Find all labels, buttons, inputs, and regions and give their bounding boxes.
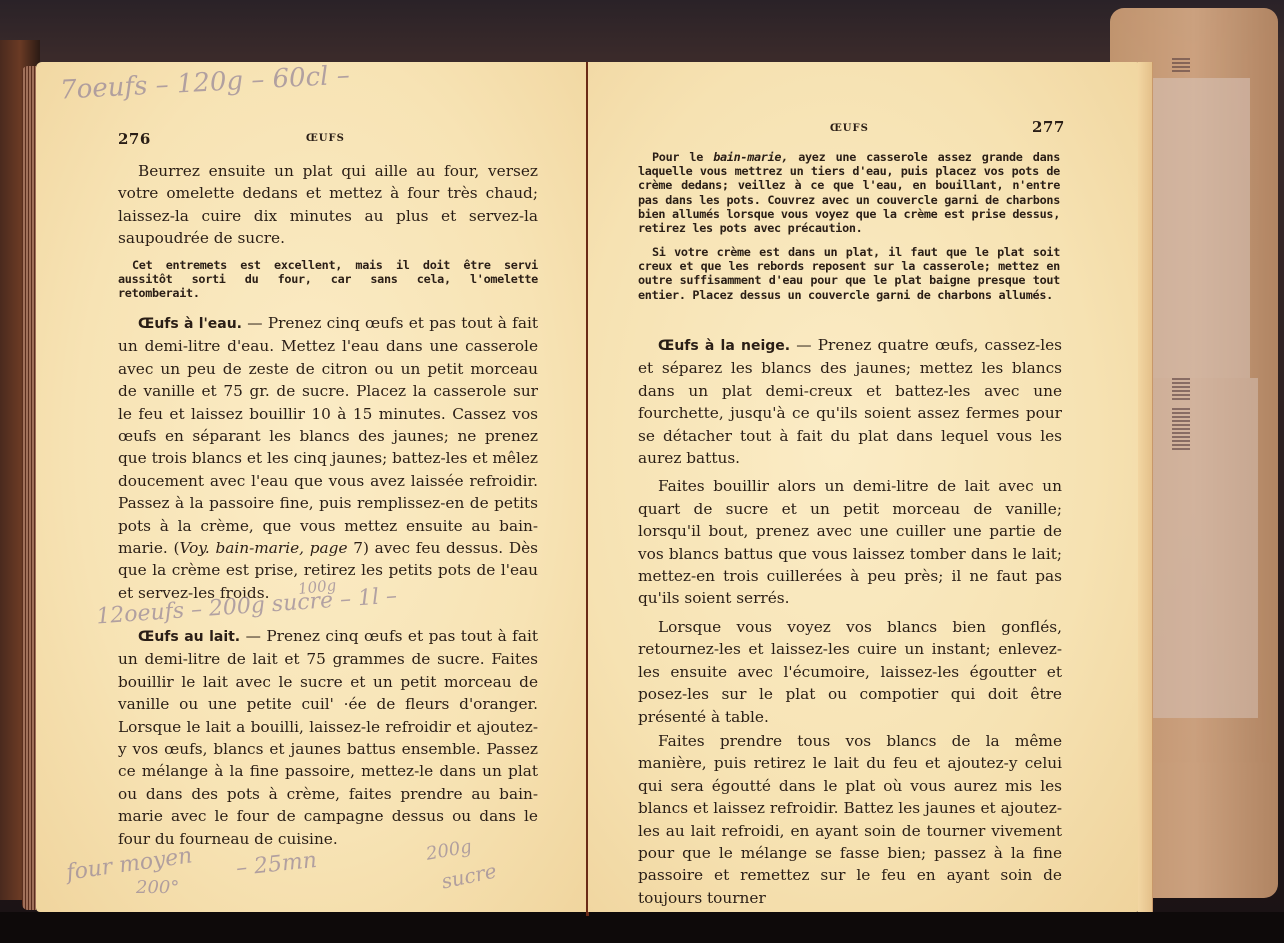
cross-reference: Voy. bain-marie, page	[179, 539, 347, 557]
note-text: Cet entremets est excellent, mais il doi…	[118, 258, 538, 301]
table-shadow-bottom	[0, 912, 1284, 943]
paragraph: Faites prendre tous vos blancs de la mêm…	[638, 730, 1062, 909]
paragraph: Beurrez ensuite un plat qui aille au fou…	[118, 160, 538, 250]
running-title: ŒUFS	[830, 123, 869, 134]
dash: —	[242, 314, 268, 332]
handwritten-note-top: 7oeufs – 120g – 60cl –	[59, 60, 350, 105]
recipe-text: Prenez cinq œufs et pas tout à fait un d…	[118, 314, 538, 557]
bleed-through-marks	[1172, 408, 1190, 450]
footnote: Cet entremets est excellent, mais il doi…	[118, 258, 538, 301]
paragraph: Œufs à l'eau. — Prenez cinq œufs et pas …	[118, 312, 538, 604]
page-number: 276	[118, 130, 151, 148]
bain-marie-note: Pour le bain-marie, ayez une casserole a…	[638, 150, 1060, 235]
recipe-oeufs-a-la-neige: Œufs à la neige. — Prenez quatre œufs, c…	[638, 334, 1062, 909]
page-edges	[22, 66, 36, 910]
note-lead: Pour le	[652, 150, 713, 164]
bleed-through-marks	[1172, 58, 1190, 72]
bleed-through-area	[1140, 78, 1250, 378]
intro-paragraph: Beurrez ensuite un plat qui aille au fou…	[118, 160, 538, 250]
page-edge-right	[1138, 62, 1153, 912]
recipe-oeufs-au-lait: Œufs au lait. — Prenez cinq œufs et pas …	[118, 625, 538, 850]
handwritten-note-bottom: – 25mn	[235, 848, 318, 881]
right-page: ŒUFS 277 Pour le bain-marie, ayez une ca…	[588, 62, 1140, 912]
handwritten-note-bottom: 200°	[136, 877, 179, 898]
recipe-oeufs-a-l-eau: Œufs à l'eau. — Prenez cinq œufs et pas …	[118, 312, 538, 604]
recipe-text: Prenez quatre œufs, cassez-les et sépare…	[638, 336, 1062, 467]
paragraph: Lorsque vous voyez vos blancs bien gonfl…	[638, 616, 1062, 728]
paragraph: Faites bouillir alors un demi-litre de l…	[638, 475, 1062, 609]
page-number: 277	[1032, 118, 1065, 136]
note-text: Si votre crème est dans un plat, il faut…	[638, 245, 1060, 302]
bleed-through-marks	[1172, 378, 1190, 400]
recipe-title: Œufs à l'eau.	[138, 316, 242, 332]
left-page: 7oeufs – 120g – 60cl – 276 ŒUFS Beurrez …	[36, 62, 588, 912]
paragraph: Œufs au lait. — Prenez cinq œufs et pas …	[118, 625, 538, 850]
note-text: Pour le bain-marie, ayez une casserole a…	[638, 150, 1060, 235]
note-term: bain-marie,	[713, 150, 788, 164]
dash: —	[790, 336, 818, 354]
plat-note: Si votre crème est dans un plat, il faut…	[638, 245, 1060, 302]
running-title: ŒUFS	[306, 133, 345, 144]
paragraph: Œufs à la neige. — Prenez quatre œufs, c…	[638, 334, 1062, 469]
handwritten-note-bottom: sucre	[439, 858, 499, 893]
recipe-title: Œufs à la neige.	[658, 338, 790, 354]
recipe-text: Prenez cinq œufs et pas tout à fait un d…	[118, 627, 538, 848]
dash: —	[240, 627, 266, 645]
bleed-through-area	[1140, 378, 1258, 718]
recipe-title: Œufs au lait.	[138, 629, 240, 645]
